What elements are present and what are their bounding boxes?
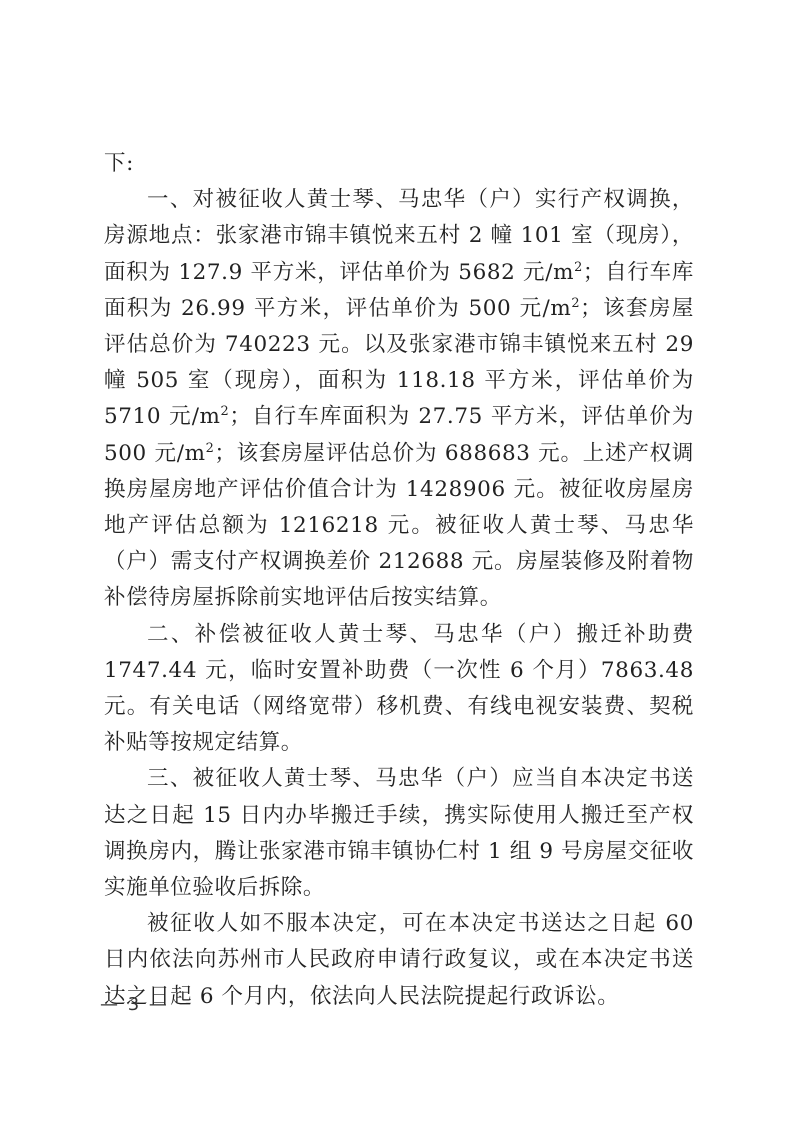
superscript-2: 2: [571, 296, 580, 311]
paragraph-clause-3: 三、被征收人黄士琴、马忠华（户）应当自本决定书送达之日起 15 日内办毕搬迁手续…: [104, 761, 694, 906]
paragraph-appeal-notice: 被征收人如不服本决定，可在本决定书送达之日起 60 日内依法向苏州市人民政府申请…: [104, 906, 694, 1015]
clause-1-text-e: ；该套房屋评估总价为 688683 元。上述产权调换房屋房地产评估价值合计为 1…: [104, 441, 694, 611]
superscript-2: 2: [574, 259, 583, 274]
paragraph-clause-2: 二、补偿被征收人黄士琴、马忠华（户）搬迁补助费 1747.44 元，临时安置补助…: [104, 617, 694, 762]
document-body: 下: 一、对被征收人黄士琴、马忠华（户）实行产权调换，房源地点：张家港市锦丰镇悦…: [104, 146, 694, 1015]
page-number: — 3 —: [100, 994, 169, 1015]
paragraph-clause-1: 一、对被征收人黄士琴、马忠华（户）实行产权调换，房源地点：张家港市锦丰镇悦来五村…: [104, 182, 694, 616]
document-page: 下: 一、对被征收人黄士琴、马忠华（户）实行产权调换，房源地点：张家港市锦丰镇悦…: [0, 0, 793, 1122]
paragraph-intro-tail: 下:: [104, 146, 694, 182]
